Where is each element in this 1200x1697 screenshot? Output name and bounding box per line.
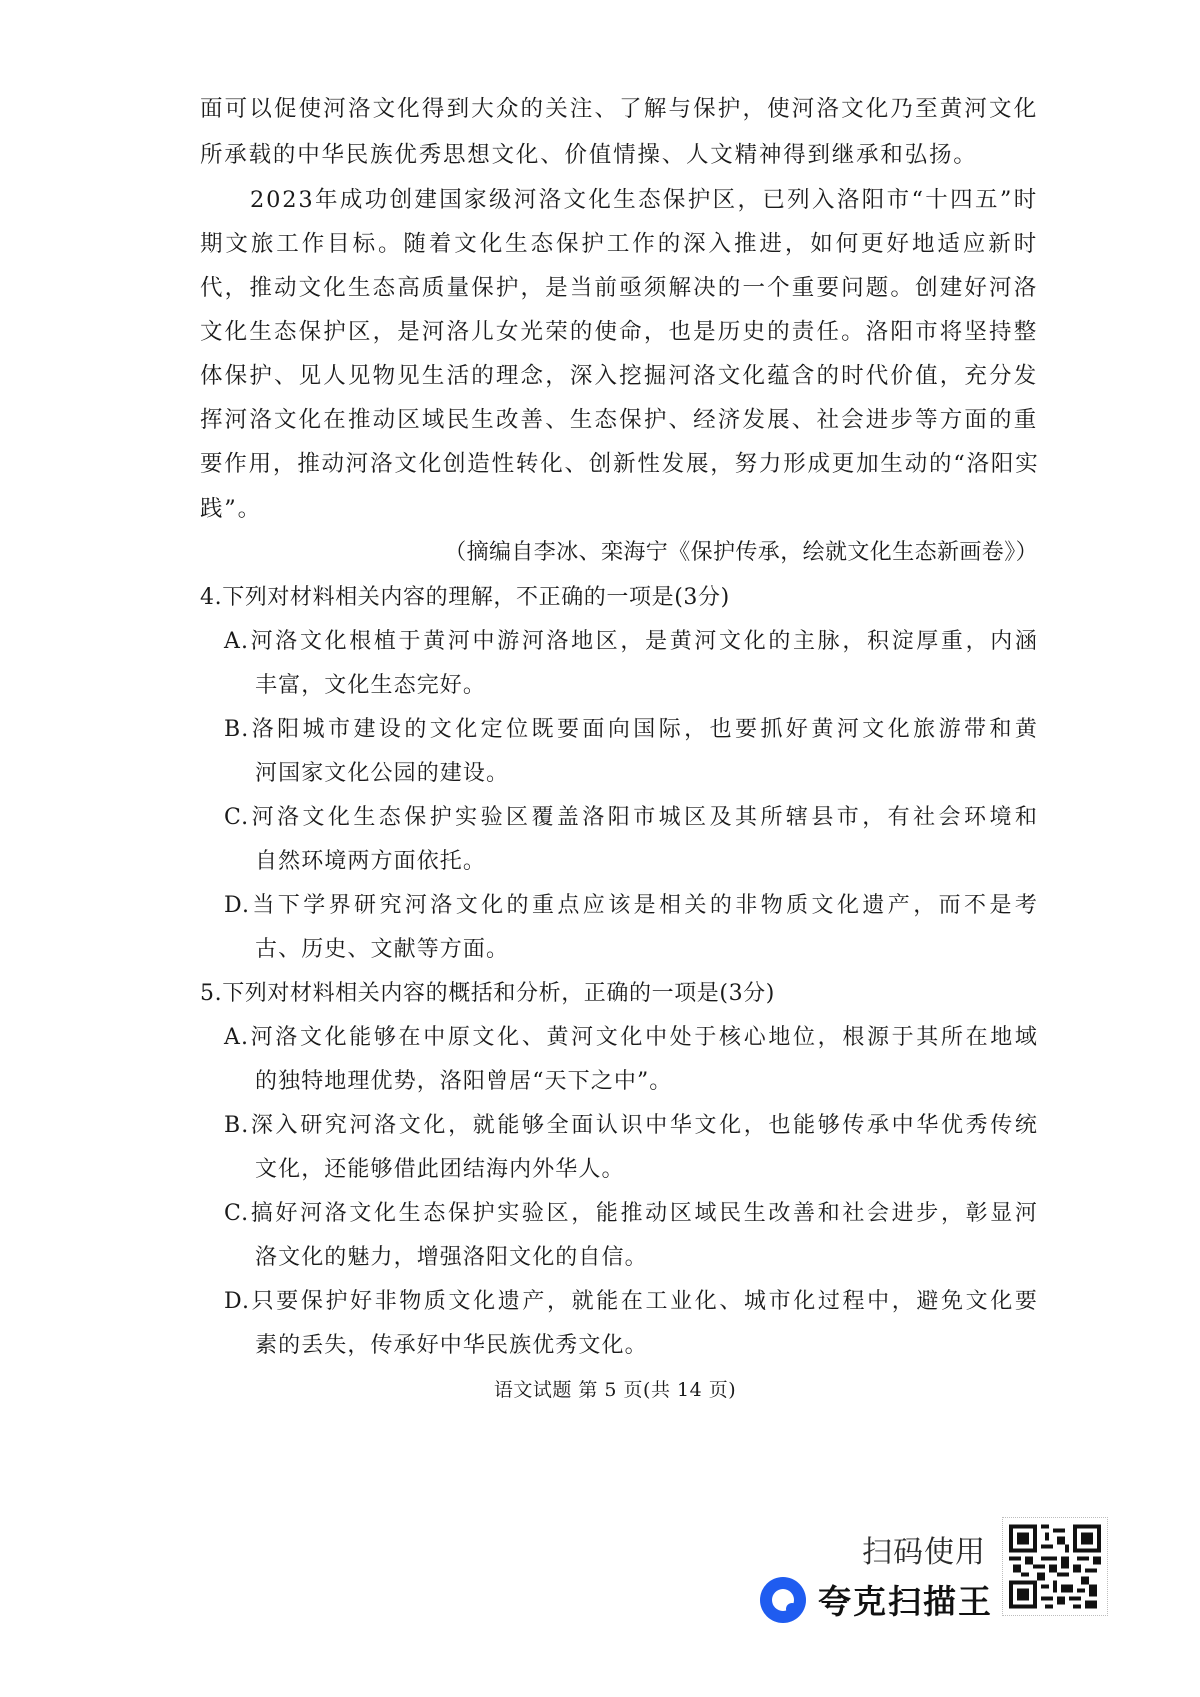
question-4-option-d: D.当下学界研究河洛文化的重点应该是相关的非物质文化遗产，而不是考 (224, 884, 1038, 928)
passage-line: 面可以促使河洛文化得到大众的关注、了解与保护，使河洛文化乃至黄河文化 (200, 87, 1038, 131)
question-5-stem: 5.下列对材料相关内容的概括和分析，正确的一项是(3分) (200, 972, 1038, 1016)
question-5-option-c-cont: 洛文化的魅力，增强洛阳文化的自信。 (255, 1236, 1038, 1280)
qr-code-icon[interactable] (1002, 1517, 1108, 1616)
brand-name: 夸克扫描王 (818, 1576, 993, 1623)
passage-line: 所承载的中华民族优秀思想文化、价值情操、人文精神得到继承和弘扬。 (200, 133, 1038, 177)
question-5-option-b: B.深入研究河洛文化，就能够全面认识中华文化，也能够传承中华优秀传统 (224, 1104, 1038, 1148)
question-4-option-d-cont: 古、历史、文献等方面。 (255, 928, 1038, 972)
passage-line: 要作用，推动河洛文化创造性转化、创新性发展，努力形成更加生动的“洛阳实 (200, 442, 1038, 486)
passage-line: 体保护、见人见物见生活的理念，深入挖掘河洛文化蕴含的时代价值，充分发 (200, 354, 1038, 398)
passage-line: 代，推动文化生态高质量保护，是当前亟须解决的一个重要问题。创建好河洛 (200, 266, 1038, 310)
quark-logo-icon (760, 1577, 806, 1623)
scan-to-use-label: 扫码使用 (862, 1527, 986, 1571)
passage-line: 践”。 (200, 487, 1038, 531)
question-4-option-c-cont: 自然环境两方面依托。 (255, 840, 1038, 884)
question-5-option-a: A.河洛文化能够在中原文化、黄河文化中处于核心地位，根源于其所在地域 (224, 1016, 1038, 1060)
question-4-option-b-cont: 河国家文化公园的建设。 (255, 752, 1038, 796)
passage-line: 挥河洛文化在推动区域民生改善、生态保护、经济发展、社会进步等方面的重 (200, 398, 1038, 442)
question-5-option-c: C.搞好河洛文化生态保护实验区，能推动区域民生改善和社会进步，彰显河 (224, 1192, 1038, 1236)
question-4-option-b: B.洛阳城市建设的文化定位既要面向国际，也要抓好黄河文化旅游带和黄 (224, 708, 1038, 752)
question-4-option-a: A.河洛文化根植于黄河中游河洛地区，是黄河文化的主脉，积淀厚重，内涵 (224, 620, 1038, 664)
passage-line: 文化生态保护区，是河洛儿女光荣的使命，也是历史的责任。洛阳市将坚持整 (200, 310, 1038, 354)
question-5-option-d: D.只要保护好非物质文化遗产，就能在工业化、城市化过程中，避免文化要 (224, 1280, 1038, 1324)
question-4-option-c: C.河洛文化生态保护实验区覆盖洛阳市城区及其所辖县市，有社会环境和 (224, 796, 1038, 840)
question-5-option-a-cont: 的独特地理优势，洛阳曾居“天下之中”。 (255, 1060, 1038, 1104)
question-5-option-b-cont: 文化，还能够借此团结海内外华人。 (255, 1148, 1038, 1192)
scanner-brand: 夸克扫描王 (760, 1576, 993, 1623)
question-4-stem: 4.下列对材料相关内容的理解，不正确的一项是(3分) (200, 576, 1038, 620)
passage-line: 2023年成功创建国家级河洛文化生态保护区，已列入洛阳市“十四五”时 (200, 178, 1038, 222)
question-4-option-a-cont: 丰富，文化生态完好。 (255, 664, 1038, 708)
source-citation: （摘编自李冰、栾海宁《保护传承，绘就文化生态新画卷》） (200, 531, 1038, 575)
question-5-option-d-cont: 素的丢失，传承好中华民族优秀文化。 (255, 1324, 1038, 1368)
passage-line: 期文旅工作目标。随着文化生态保护工作的深入推进，如何更好地适应新时 (200, 222, 1038, 266)
exam-page: 面可以促使河洛文化得到大众的关注、了解与保护，使河洛文化乃至黄河文化 所承载的中… (0, 0, 1200, 1697)
page-footer: 语文试题 第 5 页(共 14 页) (0, 1372, 1200, 1408)
